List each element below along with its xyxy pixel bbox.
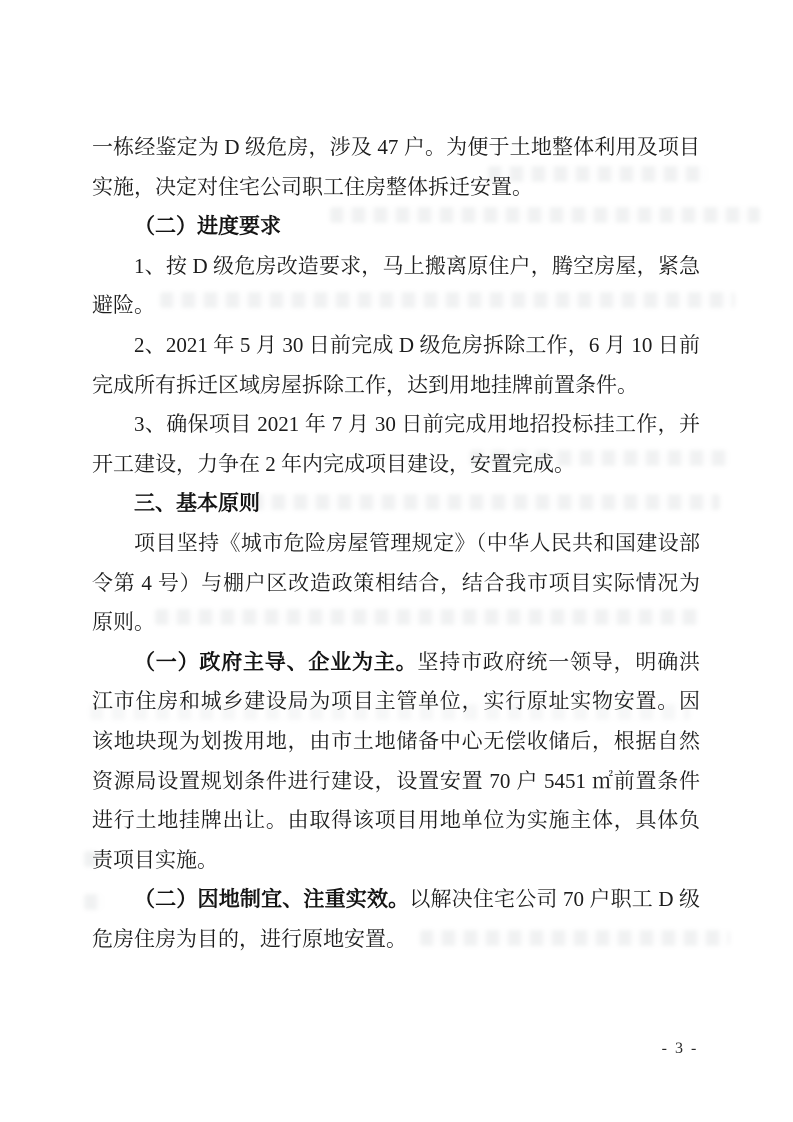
text-line: 开工建设，力争在 2 年内完成项目建设，安置完成。: [92, 445, 700, 485]
text-line: 令第 4 号）与棚户区改造政策相结合，结合我市项目实际情况为: [92, 564, 700, 604]
text-line: 实施，决定对住宅公司职工住房整体拆迁安置。: [92, 168, 700, 208]
text-line: 一栋经鉴定为 D 级危房，涉及 47 户。为便于土地整体利用及项目: [92, 128, 700, 168]
text-line: 危房住房为目的，进行原地安置。: [92, 920, 700, 960]
text-line: 三、基本原则: [92, 484, 700, 524]
text-line: （一）政府主导、企业为主。坚持市政府统一领导，明确洪: [92, 643, 700, 683]
text-line: 3、确保项目 2021 年 7 月 30 日前完成用地招投标挂工作，并: [92, 405, 700, 445]
body-text: 一栋经鉴定为 D 级危房，涉及 47 户。为便于土地整体利用及项目: [92, 135, 700, 159]
body-text: 责项目实施。: [92, 848, 218, 872]
text-line: 资源局设置规划条件进行建设，设置安置 70 户 5451 ㎡前置条件: [92, 762, 700, 802]
body-text: 以解决住宅公司 70 户职工 D 级: [409, 887, 700, 911]
body-text: 该地块现为划拨用地，由市土地储备中心无偿收储后，根据自然: [92, 729, 700, 753]
body-text: 资源局设置规划条件进行建设，设置安置 70 户 5451 ㎡前置条件: [92, 769, 700, 793]
heading-text: （二）因地制宜、注重实效。: [134, 887, 409, 911]
text-line: 进行土地挂牌出让。由取得该项目用地单位为实施主体，具体负: [92, 801, 700, 841]
text-line: 该地块现为划拨用地，由市土地储备中心无偿收储后，根据自然: [92, 722, 700, 762]
text-line: 责项目实施。: [92, 841, 700, 881]
body-text: 3、确保项目 2021 年 7 月 30 日前完成用地招投标挂工作，并: [134, 412, 700, 436]
body-text: 实施，决定对住宅公司职工住房整体拆迁安置。: [92, 175, 533, 199]
body-text: 项目坚持《城市危险房屋管理规定》（中华人民共和国建设部: [134, 531, 700, 555]
body-text: 坚持市政府统一领导，明确洪: [417, 650, 700, 674]
body-text: 避险。: [92, 293, 155, 317]
page-number: - 3 -: [650, 1038, 710, 1060]
heading-text: 三、基本原则: [134, 491, 260, 515]
body-text: 1、按 D 级危房改造要求，马上搬离原住户，腾空房屋，紧急: [134, 254, 700, 278]
text-line: （二）因地制宜、注重实效。以解决住宅公司 70 户职工 D 级: [92, 880, 700, 920]
body-text: 危房住房为目的，进行原地安置。: [92, 927, 407, 951]
text-line: 项目坚持《城市危险房屋管理规定》（中华人民共和国建设部: [92, 524, 700, 564]
body-text: 进行土地挂牌出让。由取得该项目用地单位为实施主体，具体负: [92, 808, 700, 832]
text-line: 原则。: [92, 603, 700, 643]
document-page: 一栋经鉴定为 D 级危房，涉及 47 户。为便于土地整体利用及项目实施，决定对住…: [0, 0, 793, 1122]
text-line: 1、按 D 级危房改造要求，马上搬离原住户，腾空房屋，紧急: [92, 247, 700, 287]
text-line: 避险。: [92, 286, 700, 326]
text-line: 江市住房和城乡建设局为项目主管单位，实行原址实物安置。因: [92, 682, 700, 722]
text-line: 完成所有拆迁区域房屋拆除工作，达到用地挂牌前置条件。: [92, 366, 700, 406]
text-line: 2、2021 年 5 月 30 日前完成 D 级危房拆除工作，6 月 10 日前: [92, 326, 700, 366]
text-line: （二）进度要求: [92, 207, 700, 247]
body-text: 开工建设，力争在 2 年内完成项目建设，安置完成。: [92, 452, 575, 476]
heading-text: （二）进度要求: [134, 214, 281, 238]
body-text: 令第 4 号）与棚户区改造政策相结合，结合我市项目实际情况为: [92, 571, 700, 595]
body-text: 原则。: [92, 610, 155, 634]
heading-text: （一）政府主导、企业为主。: [134, 650, 417, 674]
body-text: 江市住房和城乡建设局为项目主管单位，实行原址实物安置。因: [92, 689, 700, 713]
document-body: 一栋经鉴定为 D 级危房，涉及 47 户。为便于土地整体利用及项目实施，决定对住…: [92, 128, 700, 959]
body-text: 2、2021 年 5 月 30 日前完成 D 级危房拆除工作，6 月 10 日前: [134, 333, 700, 357]
body-text: 完成所有拆迁区域房屋拆除工作，达到用地挂牌前置条件。: [92, 373, 638, 397]
